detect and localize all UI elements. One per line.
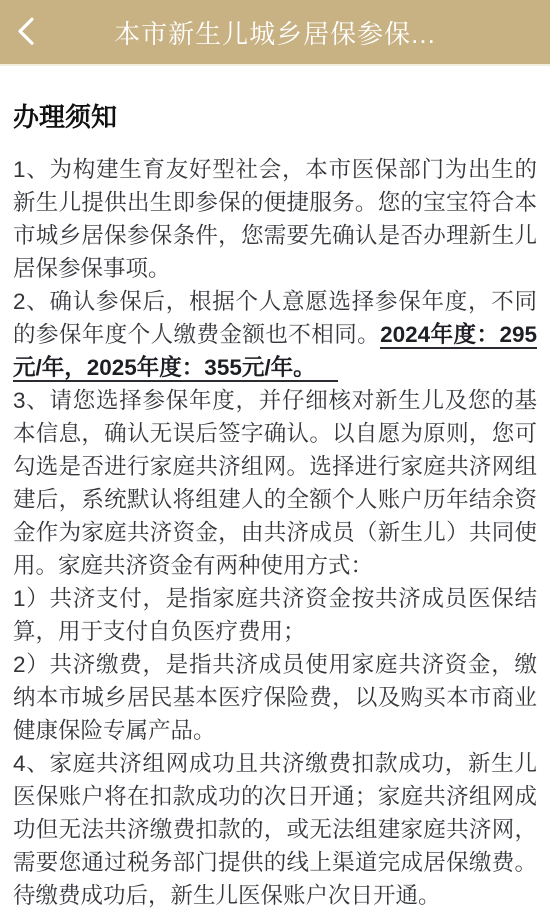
page-title: 本市新生儿城乡居保参保... — [114, 14, 436, 51]
notice-paragraph-1: 1、为构建生育友好型社会，本市医保部门为出生的新生儿提供出生即参保的便捷服务。您… — [13, 153, 537, 285]
back-button[interactable] — [6, 11, 46, 51]
notice-paragraph-3: 3、请您选择参保年度，并仔细核对新生儿及您的基本信息，确认无误后签字确认。以自愿… — [13, 384, 537, 582]
chevron-left-icon — [15, 16, 37, 46]
notice-subitem-1: 1）共济支付，是指家庭共济资金按共济成员医保结算，用于支付自负医疗费用； — [13, 582, 537, 648]
navbar: 本市新生儿城乡居保参保... — [0, 0, 550, 64]
notice-page: 办理须知 1、为构建生育友好型社会，本市医保部门为出生的新生儿提供出生即参保的便… — [0, 64, 550, 912]
notice-paragraph-4: 4、家庭共济组网成功且共济缴费扣款成功，新生儿医保账户将在扣款成功的次日开通；家… — [13, 747, 537, 912]
notice-heading: 办理须知 — [13, 102, 537, 132]
notice-paragraph-2: 2、确认参保后，根据个人意愿选择参保年度，不同的参保年度个人缴费金额也不相同。2… — [13, 285, 537, 384]
notice-body: 1、为构建生育友好型社会，本市医保部门为出生的新生儿提供出生即参保的便捷服务。您… — [13, 153, 537, 912]
notice-subitem-2: 2）共济缴费，是指共济成员使用家庭共济资金，缴纳本市城乡居民基本医疗保险费，以及… — [13, 648, 537, 747]
app-screen: 本市新生儿城乡居保参保... 办理须知 1、为构建生育友好型社会，本市医保部门为… — [0, 0, 550, 918]
